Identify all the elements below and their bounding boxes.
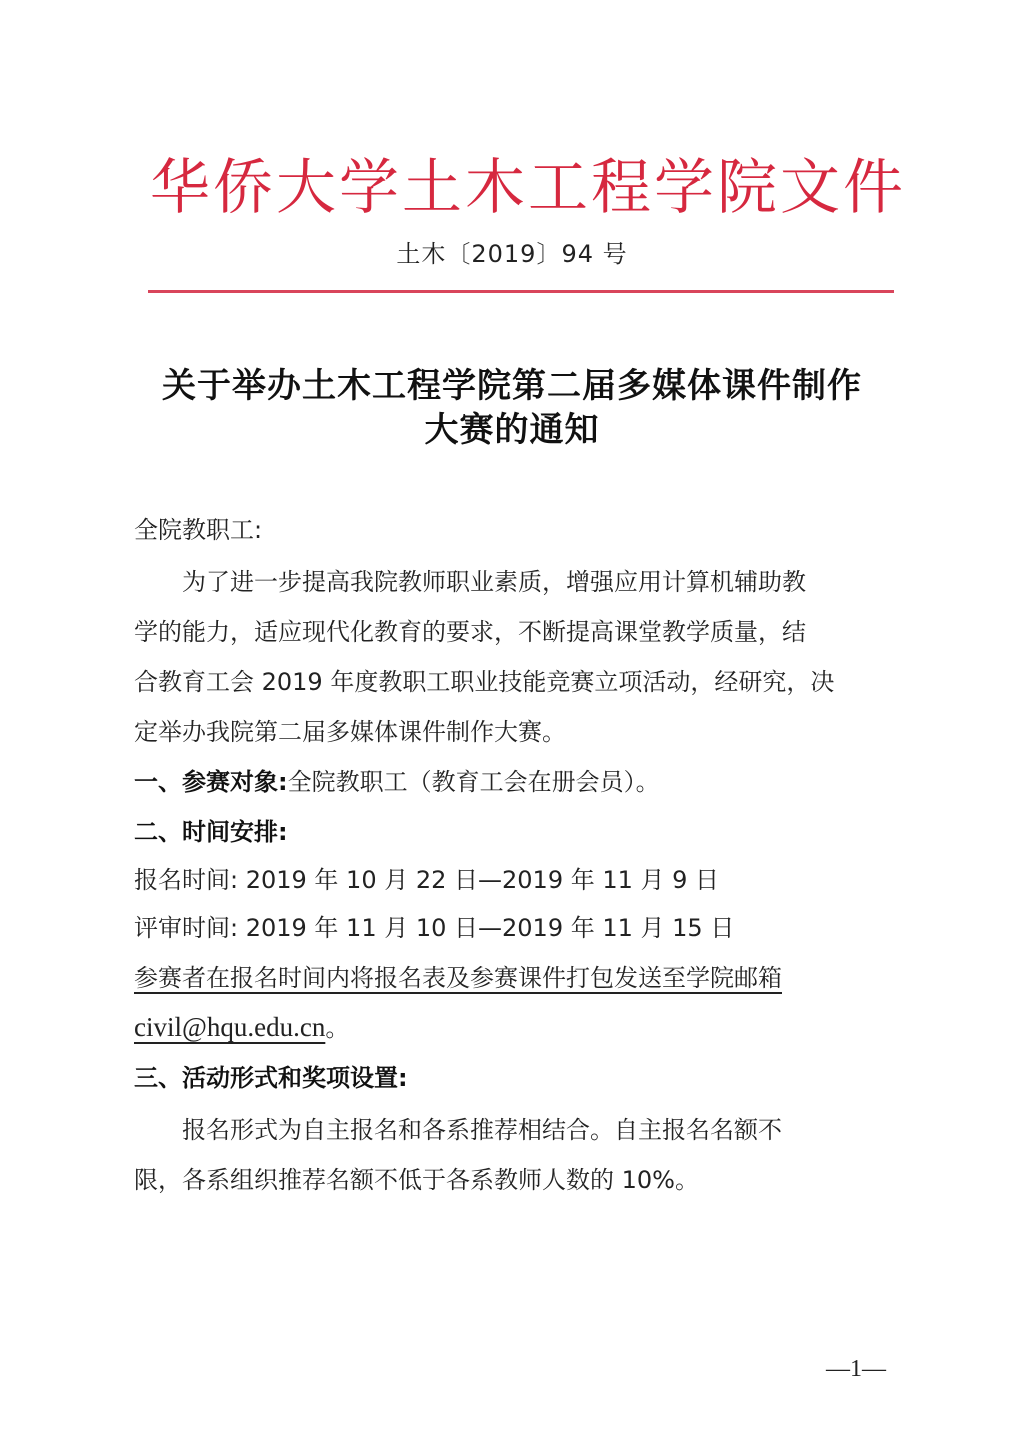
intro-line: 合教育工会 2019 年度教职工职业技能竞赛立项活动，经研究，决: [134, 662, 834, 697]
email-link[interactable]: civil@hqu.edu.cn: [134, 1012, 325, 1042]
email-suffix: 。: [325, 1014, 349, 1042]
review-period: 评审时间: 2019 年 11 月 10 日—2019 年 11 月 15 日: [134, 908, 734, 943]
section-participants: 一、参赛对象:全院教职工（教育工会在册会员）。: [134, 762, 660, 797]
section-heading: 二、时间安排:: [134, 812, 288, 847]
intro-line: 为了进一步提高我院教师职业素质，增强应用计算机辅助教: [182, 562, 806, 597]
section3-line: 限，各系组织推荐名额不低于各系教师人数的 10%。: [134, 1160, 699, 1195]
submission-instruction: 参赛者在报名时间内将报名表及参赛课件打包发送至学院邮箱: [134, 958, 782, 993]
notice-title-line-2: 大赛的通知: [120, 408, 904, 452]
section-heading: 一、参赛对象:: [134, 768, 288, 796]
notice-title-line-1: 关于举办土木工程学院第二届多媒体课件制作: [120, 364, 904, 408]
document-number: 土木〔2019〕94 号: [0, 234, 1024, 269]
document-header-title: 华侨大学土木工程学院文件: [150, 140, 874, 226]
registration-period: 报名时间: 2019 年 10 月 22 日—2019 年 11 月 9 日: [134, 860, 719, 895]
page-number: —1—: [826, 1356, 886, 1383]
intro-line: 定举办我院第二届多媒体课件制作大赛。: [134, 712, 566, 747]
email-line: civil@hqu.edu.cn。: [134, 1008, 349, 1043]
header-divider: [148, 290, 894, 293]
section-heading: 三、活动形式和奖项设置:: [134, 1058, 408, 1093]
section3-line: 报名形式为自主报名和各系推荐相结合。自主报名名额不: [182, 1110, 782, 1145]
section-content: 全院教职工（教育工会在册会员）。: [288, 768, 660, 796]
notice-title: 关于举办土木工程学院第二届多媒体课件制作 大赛的通知: [120, 364, 904, 452]
intro-line: 学的能力，适应现代化教育的要求，不断提高课堂教学质量，结: [134, 612, 806, 647]
salutation: 全院教职工:: [134, 510, 262, 545]
